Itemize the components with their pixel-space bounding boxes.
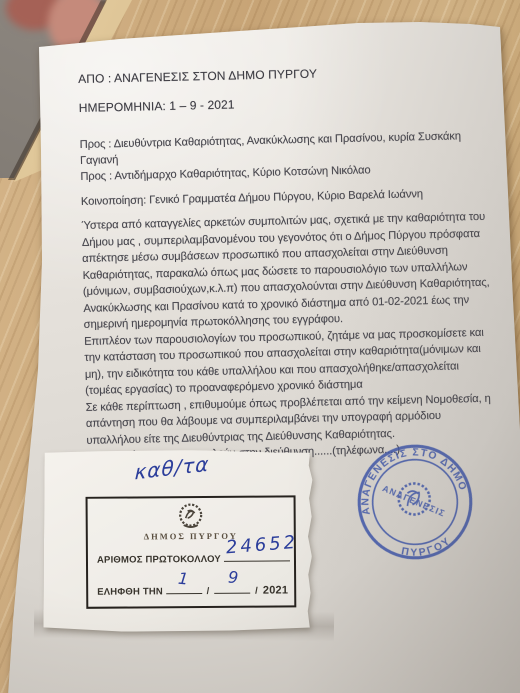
handwritten-day: 1 [177, 569, 189, 589]
handwritten-department-note: καθ/τα [134, 451, 210, 484]
protocol-stamp-box: ΔΗΜΟΣ ΠΥΡΓΟΥ ΑΡΙΘΜΟΣ ΠΡΩΤΟΚΟΛΛΟΥ 24652 Ε… [86, 495, 297, 608]
protocol-number-field: 24652 [224, 551, 290, 561]
printed-year: 2021 [263, 584, 288, 596]
date-separator: / [205, 586, 212, 597]
received-month-field: 9 [214, 584, 250, 594]
received-label: ΕΛΗΦΘΗ ΤΗΝ [97, 586, 163, 597]
date-separator: / [253, 586, 260, 597]
photo-of-document: ΑΠΟ : ΑΝΑΓΕΝΕΣΙΣ ΣΤΟΝ ΔΗΜΟ ΠΥΡΓΟΥ ΗΜΕΡΟΜ… [0, 0, 520, 693]
protocol-number-label: ΑΡΙΘΜΟΣ ΠΡΩΤΟΚΟΛΛΟΥ [97, 554, 221, 566]
slip-shadow-wrapper: καθ/τα ΔΗΜΟΣ ΠΥΡΓΟΥ ΑΡΙΘΜΟΣ ΠΡΩΤΟΚΟΛΛΟΥ … [0, 0, 520, 693]
handwritten-month: 9 [228, 567, 240, 587]
municipality-emblem-icon [176, 501, 206, 531]
document-paper: ΑΠΟ : ΑΝΑΓΕΝΕΣΙΣ ΣΤΟΝ ΔΗΜΟ ΠΥΡΓΟΥ ΗΜΕΡΟΜ… [0, 0, 520, 693]
received-date-row: ΕΛΗΦΘΗ ΤΗΝ 1 / 9 / 2021 [97, 583, 288, 597]
received-day-field: 1 [166, 584, 202, 594]
protocol-slip: καθ/τα ΔΗΜΟΣ ΠΥΡΓΟΥ ΑΡΙΘΜΟΣ ΠΡΩΤΟΚΟΛΛΟΥ … [43, 449, 312, 633]
protocol-number-row: ΑΡΙΘΜΟΣ ΠΡΩΤΟΚΟΛΛΟΥ 24652 [97, 551, 290, 565]
handwritten-protocol-number: 24652 [225, 532, 299, 558]
paper-shadow-wrapper: ΑΠΟ : ΑΝΑΓΕΝΕΣΙΣ ΣΤΟΝ ΔΗΜΟ ΠΥΡΓΟΥ ΗΜΕΡΟΜ… [0, 0, 520, 693]
